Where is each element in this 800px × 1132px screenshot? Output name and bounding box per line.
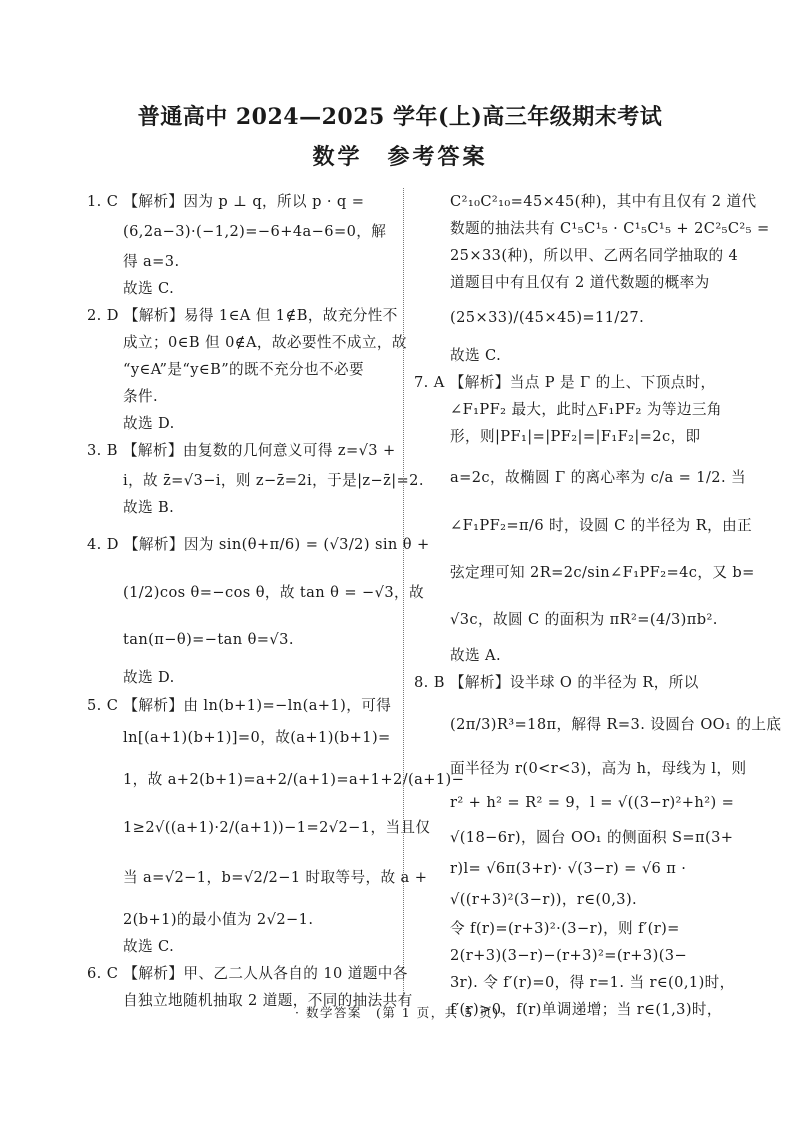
answer-text-line: 故选 C. bbox=[450, 346, 501, 366]
answer-text-line: “y∈A”是“y∈B”的既不充分也不必要 bbox=[123, 360, 364, 380]
answer-item-start: 7. A 【解析】当点 P 是 Γ 的上、下顶点时， bbox=[414, 373, 716, 393]
answer-text-line: 成立；0∈B 但 0∉A，故必要性不成立，故 bbox=[123, 333, 407, 353]
answer-text-line: 故选 B. bbox=[123, 498, 174, 518]
answer-item-start: 3. B 【解析】由复数的几何意义可得 z=√3 + bbox=[87, 441, 396, 461]
answer-text-line: (25×33)/(45×45)=11/27. bbox=[450, 308, 644, 328]
page-footer: · 数学答案 (第 1 页，共 5 页)· bbox=[0, 1003, 800, 1021]
answer-text-line: 2(b+1)的最小值为 2√2−1. bbox=[123, 910, 313, 930]
answer-text-line: C²₁₀C²₁₀=45×45(种)，其中有且仅有 2 道代 bbox=[450, 192, 757, 212]
answer-text-line: 1≥2√((a+1)·2/(a+1))−1=2√2−1，当且仅 bbox=[123, 818, 430, 838]
answer-text-line: 数题的抽法共有 C¹₅C¹₅ · C¹₅C¹₅ + 2C²₅C²₅ = bbox=[450, 219, 770, 239]
answer-item-start: 5. C 【解析】由 ln(b+1)=−ln(a+1)，可得 bbox=[87, 696, 391, 716]
answer-key-subtitle: 数学 参考答案 bbox=[0, 140, 800, 171]
answer-text-line: (1/2)cos θ=−cos θ，故 tan θ = −√3，故 bbox=[123, 583, 424, 603]
answer-text-line: 2(r+3)(3−r)−(r+3)²=(r+3)(3− bbox=[450, 946, 687, 966]
answer-text-line: √(18−6r)，圆台 OO₁ 的侧面积 S=π(3+ bbox=[450, 828, 733, 848]
answer-item-start: 1. C 【解析】因为 p ⊥ q，所以 p · q = bbox=[87, 192, 364, 212]
answer-text-line: 弦定理可知 2R=2c/sin∠F₁PF₂=4c，又 b= bbox=[450, 563, 755, 583]
answer-text-line: √3c，故圆 C 的面积为 πR²=(4/3)πb². bbox=[450, 610, 718, 630]
answer-text-line: tan(π−θ)=−tan θ=√3. bbox=[123, 630, 294, 650]
column-divider bbox=[403, 188, 404, 1003]
answer-text-line: 25×33(种)，所以甲、乙两名同学抽取的 4 bbox=[450, 246, 738, 266]
answer-text-line: 道题目中有且仅有 2 道代数题的概率为 bbox=[450, 273, 710, 293]
answer-text-line: 3r). 令 f′(r)=0，得 r=1. 当 r∈(0,1)时， bbox=[450, 973, 735, 993]
answer-item-start: 4. D 【解析】因为 sin(θ+π/6) = (√3/2) sin θ + bbox=[87, 535, 430, 555]
answer-text-line: 1，故 a+2(b+1)=a+2/(a+1)=a+1+2/(a+1)− bbox=[123, 770, 464, 790]
answer-text-line: 得 a=3. bbox=[123, 252, 180, 272]
answer-text-line: ln[(a+1)(b+1)]=0，故(a+1)(b+1)= bbox=[123, 728, 391, 748]
answer-text-line: r² + h² = R² = 9，l = √((3−r)²+h²) = bbox=[450, 793, 734, 813]
answer-item-start: 2. D 【解析】易得 1∈A 但 1∉B，故充分性不 bbox=[87, 306, 398, 326]
answer-text-line: 故选 A. bbox=[450, 646, 501, 666]
answer-text-line: r)l= √6π(3+r)· √(3−r) = √6 π · bbox=[450, 859, 686, 879]
answer-text-line: (6,2a−3)·(−1,2)=−6+4a−6=0，解 bbox=[123, 222, 386, 242]
answer-text-line: √((r+3)²(3−r))，r∈(0,3). bbox=[450, 890, 637, 910]
answer-text-line: ∠F₁PF₂=π/6 时，设圆 C 的半径为 R，由正 bbox=[450, 516, 752, 536]
answer-item-start: 8. B 【解析】设半球 O 的半径为 R，所以 bbox=[414, 673, 699, 693]
answer-text-line: 令 f(r)=(r+3)²·(3−r)，则 f′(r)= bbox=[450, 919, 680, 939]
answer-text-line: 面半径为 r(0<r<3)，高为 h，母线为 l，则 bbox=[450, 759, 746, 779]
answer-text-line: 故选 D. bbox=[123, 414, 175, 434]
answer-text-line: 当 a=√2−1，b=√2/2−1 时取等号，故 a + bbox=[123, 868, 427, 888]
answer-text-line: 故选 C. bbox=[123, 937, 174, 957]
answer-item-start: 6. C 【解析】甲、乙二人从各自的 10 道题中各 bbox=[87, 964, 408, 984]
answer-text-line: (2π/3)R³=18π，解得 R=3. 设圆台 OO₁ 的上底 bbox=[450, 715, 781, 735]
answer-text-line: 故选 D. bbox=[123, 668, 175, 688]
answer-text-line: 形，则|PF₁|=|PF₂|=|F₁F₂|=2c，即 bbox=[450, 427, 701, 447]
answer-text-line: ∠F₁PF₂ 最大，此时△F₁PF₂ 为等边三角 bbox=[450, 400, 722, 420]
answer-text-line: i，故 z̄=√3−i，则 z−z̄=2i，于是|z−z̄|=2. bbox=[123, 471, 424, 491]
answer-text-line: 条件. bbox=[123, 387, 158, 407]
answer-text-line: a=2c，故椭圆 Γ 的离心率为 c/a = 1/2. 当 bbox=[450, 468, 746, 488]
answer-text-line: 故选 C. bbox=[123, 279, 174, 299]
exam-title: 普通高中 2024—2025 学年(上)高三年级期末考试 bbox=[0, 100, 800, 131]
